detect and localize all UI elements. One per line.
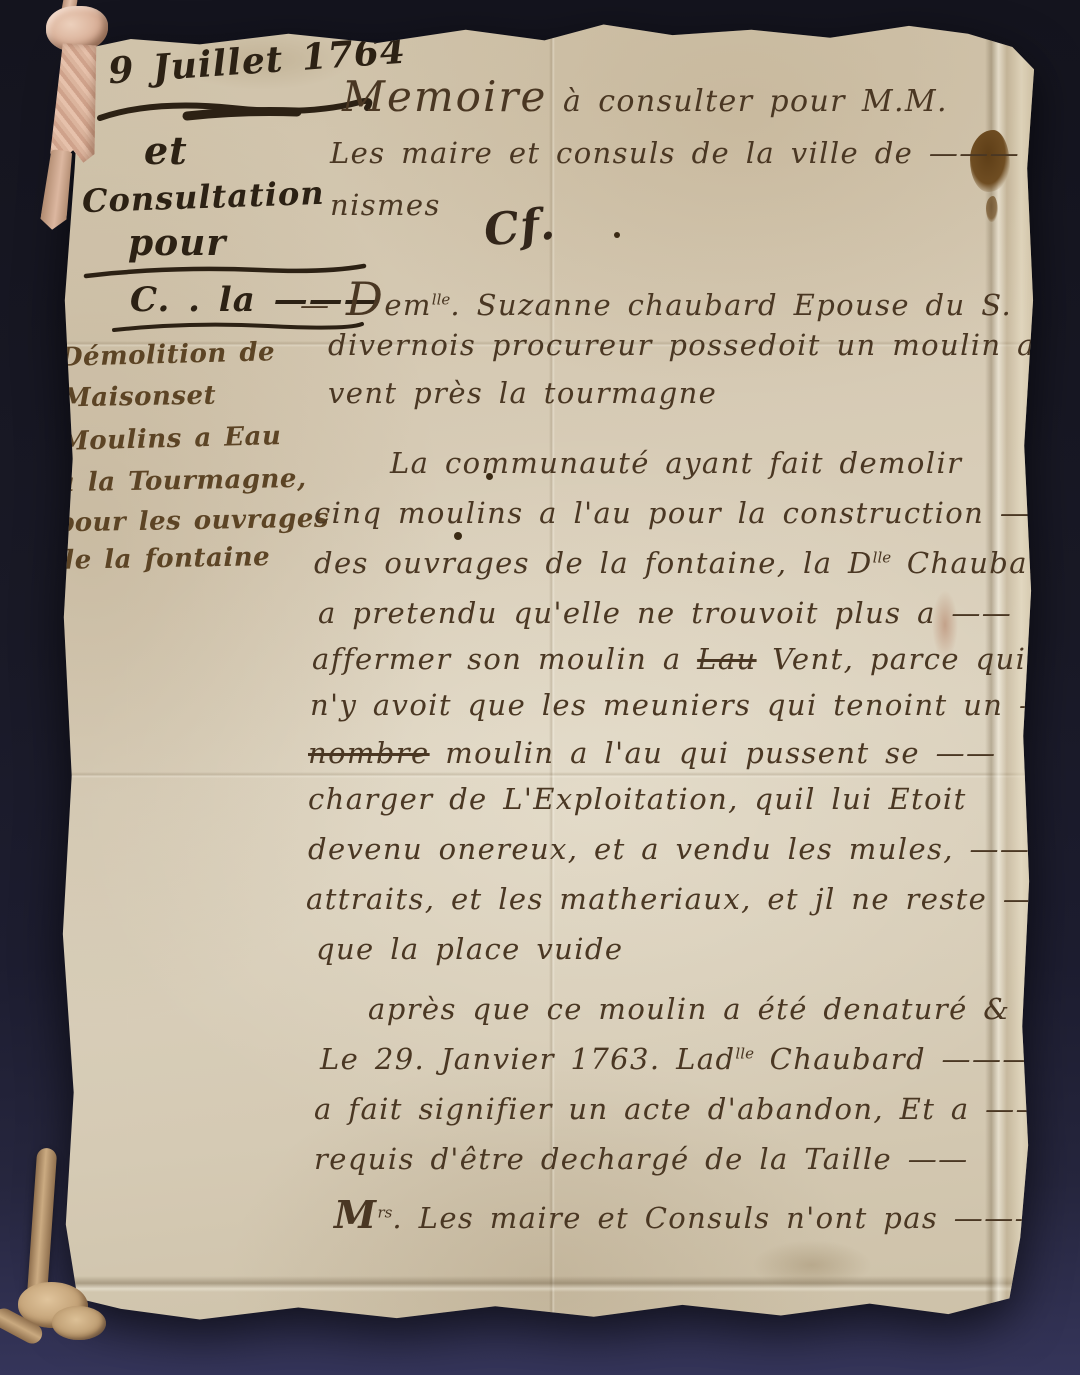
screenshot-root: { "document": { "kind": "manuscript-scan… [0, 0, 1080, 1375]
subject-line: Moulins a Eau [60, 421, 282, 457]
cf-mark: Cf. [482, 198, 559, 256]
ink-speck [454, 532, 462, 540]
para4-m-sup: rs [377, 1203, 392, 1221]
para3-line-2: Le 29. Janvier 1763. Ladlle Chaubard ——— [320, 1042, 1033, 1076]
para2-line-9: devenu onereux, et a vendu les mules, —— [308, 832, 1030, 866]
subject-line: Maisonset [62, 381, 217, 414]
cord-knot-loop [52, 1306, 106, 1340]
title-line-3: nismes [330, 188, 441, 222]
para2-line-11: que la place vuide [316, 932, 623, 966]
title-line-1: Memoire à consulter pour M.M. [342, 72, 948, 121]
para3-line-1: après que ce moulin a été denaturé & [368, 992, 1011, 1026]
struck-word-nombre: nombre [308, 736, 430, 770]
bottom-fold-crease [52, 1276, 1037, 1292]
subject-line: a la Tourmagne, [58, 464, 307, 498]
struck-word-lau: Lau [697, 642, 756, 676]
ink-speck [614, 232, 620, 238]
para1-line1-sup: lle [432, 290, 451, 308]
para1-line-2: divernois procureur possedoit un moulin … [328, 328, 1036, 362]
para4-rest: . Les maire et Consuls n'ont pas ——— [392, 1201, 1045, 1235]
subject-line: de la fontaine [56, 542, 271, 576]
para4-line-1: Mrs. Les maire et Consuls n'ont pas ——— [334, 1192, 1045, 1237]
para2-line-4: a pretendu qu'elle ne trouvoit plus a —— [318, 596, 1012, 630]
para3-line-3: a fait signifier un acte d'abandon, Et a… [314, 1092, 1046, 1126]
para2-line3-b: Chaubard [891, 546, 1063, 580]
para2-line-7: nombre moulin a l'au qui pussent se —— [308, 736, 996, 770]
para3-line2-b: Chaubard ——— [754, 1042, 1033, 1076]
para2-line-1: La communauté ayant fait demolir [390, 446, 962, 480]
para2-line-10: attraits, et les matheriaux, et jl ne re… [306, 882, 1033, 916]
para1-line-1: — Demlle. Suzanne chaubard Epouse du S. [300, 272, 1012, 326]
para2-line-5: affermer son moulin a Lau Vent, parce qu… [312, 642, 1037, 676]
margin-word-pour: pour [128, 222, 226, 264]
subject-line: Démolition de [60, 337, 276, 373]
horizontal-crease-2 [52, 772, 1037, 778]
para1-line1-b: . Suzanne chaubard Epouse du S. [450, 288, 1012, 322]
faint-stain [752, 1240, 872, 1290]
margin-word-consultation: Consultation [81, 174, 325, 220]
para2-line-8: charger de L'Exploitation, quil lui Etoi… [308, 782, 967, 816]
para2-line5-pre: affermer son moulin a [312, 642, 697, 676]
title-memoire: Memoire [342, 72, 547, 121]
paper-sheet: 9 Juillet 1764 et Consultation pour C. .… [52, 10, 1037, 1330]
para2-line7-post: moulin a l'au qui pussent se —— [430, 736, 997, 770]
margin-word-et: et [144, 128, 188, 173]
para3-line2-a: Le 29. Janvier 1763. Lad [320, 1042, 735, 1076]
para4-m: M [334, 1192, 377, 1237]
para3-line2-sup: lle [735, 1044, 754, 1062]
para2-line-6: n'y avoit que les meuniers qui tenoint u… [310, 688, 1049, 722]
manuscript-page: 9 Juillet 1764 et Consultation pour C. .… [52, 10, 1037, 1330]
title-line-2: Les maire et consuls de la ville de ——— [330, 136, 1020, 170]
ink-drip [986, 196, 998, 222]
para2-line-2: cinq moulins a l'au pour la construction… [314, 496, 1080, 530]
para2-line5-post: Vent, parce quil [757, 642, 1037, 676]
para1-line-3: vent près la tourmagne [328, 376, 717, 410]
para2-line3-sup: lle [873, 548, 892, 566]
para1-big-d: D [346, 272, 384, 326]
para2-line3-a: des ouvrages de la fontaine, la D [314, 546, 873, 580]
subject-line: pour les ouvrages [56, 504, 330, 539]
title-line1-rest: à consulter pour M.M. [563, 84, 948, 119]
para2-line-3: des ouvrages de la fontaine, la Dlle Cha… [314, 546, 1063, 580]
para1-line1-a: em [384, 288, 431, 322]
para3-line-4: requis d'être dechargé de la Taille —— [314, 1142, 969, 1176]
para1-dash: — [300, 288, 330, 322]
